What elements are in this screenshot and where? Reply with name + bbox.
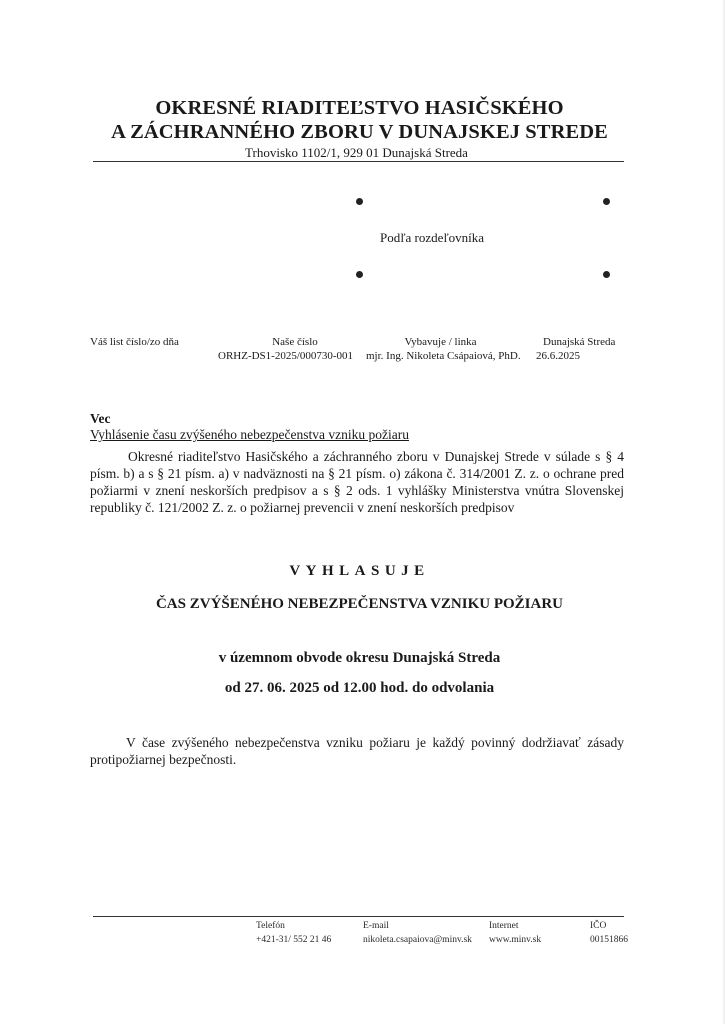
footer-email: E-mail nikoleta.csapaiova@minv.sk <box>363 919 472 947</box>
footer-web: Internet www.minv.sk <box>489 919 541 947</box>
address-window-marker-icon <box>603 271 610 278</box>
declaration-title: ČAS ZVÝŠENÉHO NEBEZPEČENSTVA VZNIKU POŽI… <box>0 596 722 613</box>
handler-value: mjr. Ing. Nikoleta Csápaiová, PhD. <box>366 349 521 364</box>
header-divider <box>93 161 624 162</box>
organization-address: Trhovisko 1102/1, 929 01 Dunajská Streda <box>0 145 719 161</box>
handler-label: Vybavuje / linka <box>383 335 498 350</box>
recipient: Podľa rozdeľovníka <box>380 230 484 246</box>
our-number-label: Naše číslo <box>240 335 350 350</box>
footer-web-value: www.minv.sk <box>489 933 541 947</box>
closing-paragraph: V čase zvýšeného nebezpečenstva vzniku p… <box>90 734 624 768</box>
footer-phone-label: Telefón <box>256 919 331 933</box>
address-window-marker-icon <box>356 198 363 205</box>
our-number-value: ORHZ-DS1-2025/000730-001 <box>218 349 353 364</box>
subject-text: Vyhlásenie času zvýšeného nebezpečenstva… <box>90 427 409 443</box>
footer-web-label: Internet <box>489 919 541 933</box>
address-window-marker-icon <box>603 198 610 205</box>
footer-divider <box>93 916 624 917</box>
district: v územnom obvode okresu Dunajská Streda <box>0 650 722 667</box>
footer-email-label: E-mail <box>363 919 472 933</box>
footer-ico: IČO 00151866 <box>590 919 628 947</box>
validity-period: od 27. 06. 2025 od 12.00 hod. do odvolan… <box>0 680 722 697</box>
subject-label: Vec <box>90 411 111 427</box>
footer-phone: Telefón +421-31/ 552 21 46 <box>256 919 331 947</box>
footer-ico-value: 00151866 <box>590 933 628 947</box>
organization-name-line1: OKRESNÉ RIADITEĽSTVO HASIČSKÉHO <box>0 96 722 120</box>
address-window-marker-icon <box>356 271 363 278</box>
footer-ico-label: IČO <box>590 919 628 933</box>
footer-email-value: nikoleta.csapaiova@minv.sk <box>363 933 472 947</box>
declaration-verb: VYHLASUJE <box>0 563 722 580</box>
footer-phone-value: +421-31/ 552 21 46 <box>256 933 331 947</box>
place: Dunajská Streda <box>543 335 615 350</box>
date: 26.6.2025 <box>536 349 580 364</box>
organization-name-line2: A ZÁCHRANNÉHO ZBORU V DUNAJSKEJ STREDE <box>0 120 722 144</box>
your-letter-label: Váš list číslo/zo dňa <box>90 335 179 350</box>
intro-paragraph: Okresné riaditeľstvo Hasičského a záchra… <box>90 448 624 516</box>
